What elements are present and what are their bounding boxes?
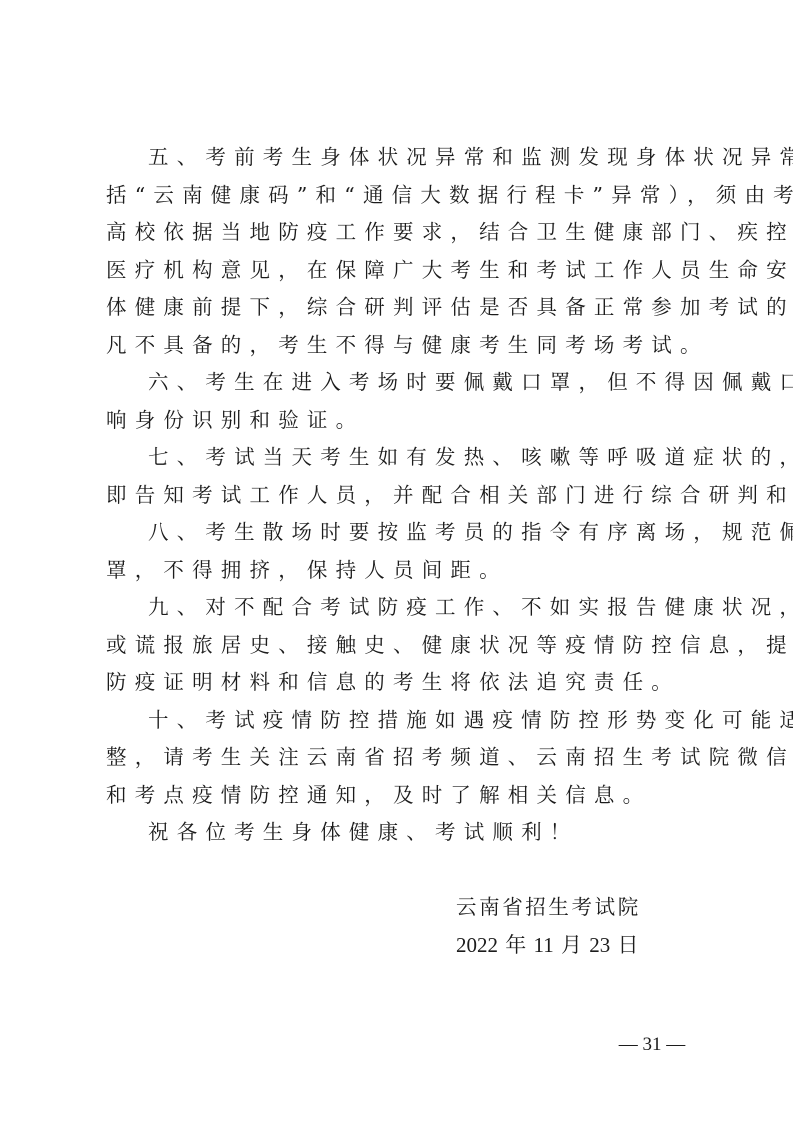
paragraph-item-10: 十、考试疫情防控措施如遇疫情防控形势变化可能适时调 整，请考生关注云南省招考频道…	[106, 702, 686, 815]
signature-date: 2022 年 11 月 23 日	[456, 926, 696, 964]
paragraph-line: 和考点疫情防控通知，及时了解相关信息。	[106, 777, 686, 815]
paragraph-item-6: 六、考生在进入考场时要佩戴口罩，但不得因佩戴口罩影 响身份识别和验证。	[106, 364, 686, 439]
paragraph-line: 即告知考试工作人员，并配合相关部门进行综合研判和处理。	[106, 477, 686, 515]
paragraph-line: 防疫证明材料和信息的考生将依法追究责任。	[106, 664, 686, 702]
closing-line: 祝各位考生身体健康、考试顺利！	[106, 814, 686, 852]
paragraph-line: 体健康前提下，综合研判评估是否具备正常参加考试的条件，	[106, 289, 686, 327]
paragraph-item-7: 七、考试当天考生如有发热、咳嗽等呼吸道症状的，应立 即告知考试工作人员，并配合相…	[106, 439, 686, 514]
signature-organization: 云南省招生考试院	[456, 888, 696, 926]
page-number: — 31 —	[612, 1032, 692, 1058]
document-page: 五、考前考生身体状况异常和监测发现身体状况异常的（包 括“云南健康码”和“通信大…	[0, 0, 793, 1122]
document-body: 五、考前考生身体状况异常和监测发现身体状况异常的（包 括“云南健康码”和“通信大…	[106, 139, 686, 852]
paragraph-line: 七、考试当天考生如有发热、咳嗽等呼吸道症状的，应立	[106, 439, 686, 477]
signature-block: 云南省招生考试院 2022 年 11 月 23 日	[456, 888, 696, 964]
paragraph-line: 或谎报旅居史、接触史、健康状况等疫情防控信息，提供虚假	[106, 627, 686, 665]
paragraph-item-5: 五、考前考生身体状况异常和监测发现身体状况异常的（包 括“云南健康码”和“通信大…	[106, 139, 686, 364]
paragraph-line: 整，请考生关注云南省招考频道、云南招生考试院微信公众号	[106, 739, 686, 777]
closing-paragraph: 祝各位考生身体健康、考试顺利！	[106, 814, 686, 852]
paragraph-line: 医疗机构意见，在保障广大考生和考试工作人员生命安全和身	[106, 252, 686, 290]
paragraph-line: 响身份识别和验证。	[106, 402, 686, 440]
paragraph-line: 凡不具备的，考生不得与健康考生同考场考试。	[106, 327, 686, 365]
paragraph-line: 五、考前考生身体状况异常和监测发现身体状况异常的（包	[106, 139, 686, 177]
paragraph-line: 十、考试疫情防控措施如遇疫情防控形势变化可能适时调	[106, 702, 686, 740]
paragraph-line: 括“云南健康码”和“通信大数据行程卡”异常），须由考点	[106, 177, 686, 215]
paragraph-item-8: 八、考生散场时要按监考员的指令有序离场，规范佩戴口 罩，不得拥挤，保持人员间距。	[106, 514, 686, 589]
paragraph-line: 六、考生在进入考场时要佩戴口罩，但不得因佩戴口罩影	[106, 364, 686, 402]
paragraph-line: 罩，不得拥挤，保持人员间距。	[106, 552, 686, 590]
paragraph-line: 高校依据当地防疫工作要求，结合卫生健康部门、疾控机构和	[106, 214, 686, 252]
paragraph-line: 九、对不配合考试防疫工作、不如实报告健康状况，隐瞒	[106, 589, 686, 627]
paragraph-line: 八、考生散场时要按监考员的指令有序离场，规范佩戴口	[106, 514, 686, 552]
paragraph-item-9: 九、对不配合考试防疫工作、不如实报告健康状况，隐瞒 或谎报旅居史、接触史、健康状…	[106, 589, 686, 702]
